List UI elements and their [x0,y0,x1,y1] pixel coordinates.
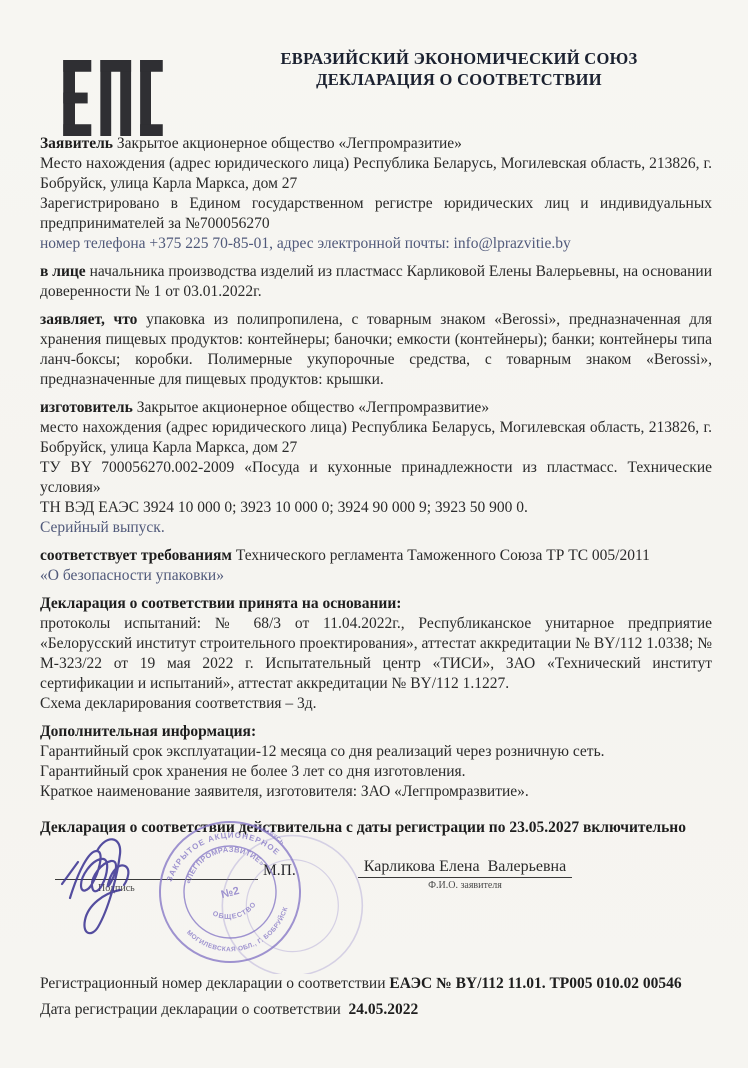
manufacturer-tnved: ТН ВЭД ЕАЭС 3924 10 000 0; 3923 10 000 0… [40,498,712,518]
basis-header: Декларация о соответствии принята на осн… [40,594,712,614]
manufacturer-block: изготовитель Закрытое акционерное общест… [40,398,712,538]
registration-date-label: Дата регистрации декларации о соответств… [40,1001,341,1018]
registration-number-label: Регистрационный номер декларации о соотв… [40,975,386,992]
declaration-subject-block: заявляет, что упаковка из полипропилена,… [40,310,712,390]
additional-info-block: Дополнительная информация: Гарантийный с… [40,722,712,802]
eac-conformity-mark-icon [62,60,164,136]
applicant-label: Заявитель [40,135,113,152]
additional-header: Дополнительная информация: [40,722,712,742]
signature-line [55,879,258,880]
additional-line-2: Гарантийный срок хранения не более 3 лет… [40,762,712,782]
declarant-name-block: Карликова Елена Валерьевна Ф.И.О. заявит… [350,858,580,891]
manufacturer-name-line: изготовитель Закрытое акционерное общест… [40,398,712,418]
stamp-place-label: М.П. [263,862,296,880]
compliance-text2: «О безопасности упаковки» [40,567,224,584]
stamp-inner-bottom-text: ОБЩЕСТВО [210,900,260,926]
applicant-name: Закрытое акционерное общество «Легпромра… [117,135,462,152]
declaration-document: ЕВРАЗИЙСКИЙ ЭКОНОМИЧЕСКИЙ СОЮЗ ДЕКЛАРАЦИ… [0,0,748,1068]
stamp-center-number: №2 [220,885,241,901]
validity-statement: Декларация о соответствии действительна … [40,818,712,838]
manufacturer-label: изготовитель [40,399,133,416]
applicant-registration: Зарегистрировано в Едином государственно… [40,194,712,234]
company-round-stamp: ЗАКРЫТОЕ АКЦИОНЕРНОЕ БЕЛАРУСЬ МОГИЛЕВСКА… [140,814,375,974]
declarant-name: Карликова Елена Валерьевна [358,858,572,878]
additional-line-3: Краткое наименование заявителя, изготови… [40,782,712,802]
signature-caption: Подпись [98,883,135,894]
representative-text: начальника производства изделий из пласт… [40,263,712,300]
declarant-name-caption: Ф.И.О. заявителя [350,880,580,891]
representative-label: в лице [40,263,86,280]
additional-line-1: Гарантийный срок эксплуатации-12 месяца … [40,742,712,762]
document-title: ЕВРАЗИЙСКИЙ ЭКОНОМИЧЕСКИЙ СОЮЗ ДЕКЛАРАЦИ… [178,48,740,90]
compliance-label: соответствует требованиям [40,547,232,564]
applicant-contacts: номер телефона +375 225 70-85-01, адрес … [40,234,712,254]
basis-scheme: Схема декларирования соответствия – 3д. [40,694,712,714]
registration-date-line: Дата регистрации декларации о соответств… [40,997,720,1023]
document-header: ЕВРАЗИЙСКИЙ ЭКОНОМИЧЕСКИЙ СОЮЗ ДЕКЛАРАЦИ… [0,0,748,134]
compliance-block: соответствует требованиям Технического р… [40,546,712,586]
compliance-text: Технического регламента Таможенного Союз… [236,547,650,564]
applicant-address: Место нахождения (адрес юридического лиц… [40,154,712,194]
manufacturer-tu: ТУ BY 700056270.002-2009 «Посуда и кухон… [40,458,712,498]
representative-block: в лице начальника производства изделий и… [40,262,712,302]
registration-number-value: ЕАЭС № BY/112 11.01. ТР005 010.02 00546 [389,975,681,992]
title-union: ЕВРАЗИЙСКИЙ ЭКОНОМИЧЕСКИЙ СОЮЗ [178,48,740,69]
registration-date-value: 24.05.2022 [349,1001,419,1018]
basis-block: Декларация о соответствии принята на осн… [40,594,712,714]
handwritten-signature [48,822,278,952]
basis-protocols: протоколы испытаний: № 68/3 от 11.04.202… [40,614,712,694]
title-declaration: ДЕКЛАРАЦИЯ О СООТВЕТСТВИИ [178,69,740,90]
stamp-arc-bottom-text: МОГИЛЕВСКАЯ ОБЛ., Г. БОБРУЙСК [184,905,297,965]
applicant-block: Заявитель Закрытое акционерное общество … [40,134,712,254]
registration-footer: Регистрационный номер декларации о соотв… [40,971,720,1023]
document-body: Заявитель Закрытое акционерное общество … [40,134,712,838]
svg-text:ОБЩЕСТВО: ОБЩЕСТВО [210,900,260,926]
manufacturer-serial: Серийный выпуск. [40,518,712,538]
applicant-name-line: Заявитель Закрытое акционерное общество … [40,134,712,154]
svg-text:МОГИЛЕВСКАЯ ОБЛ., Г. БОБРУЙСК: МОГИЛЕВСКАЯ ОБЛ., Г. БОБРУЙСК [184,905,297,965]
manufacturer-name: Закрытое акционерное общество «Легпромра… [137,399,489,416]
registration-number-line: Регистрационный номер декларации о соотв… [40,971,720,997]
declares-text: упаковка из полипропилена, с товарным зн… [40,311,712,388]
manufacturer-address: место нахождения (адрес юридического лиц… [40,418,712,458]
declares-label: заявляет, что [40,311,137,328]
